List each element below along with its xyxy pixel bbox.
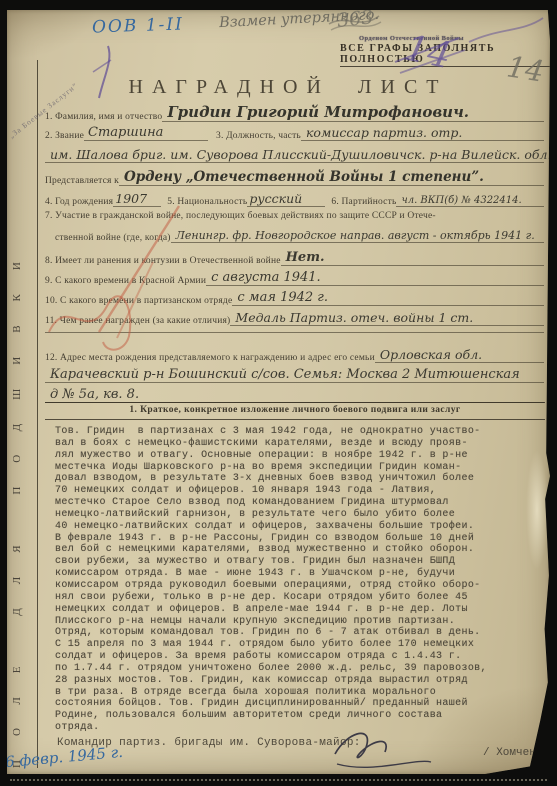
- field-name: 1. Фамилия, имя и отчество Гридин Григор…: [45, 103, 544, 122]
- field-presented: Представляется к Ордену „Отечественной В…: [45, 169, 544, 186]
- paper-stain: [7, 10, 97, 60]
- field-address-label: 12. Адрес места рождения представляемого…: [45, 353, 375, 363]
- field-prior-awards: 11. Чем ранее награжден (за какие отличи…: [45, 310, 544, 326]
- field-birth-nationality-party: 4. Год рождения 1907 5. Национальность р…: [45, 191, 544, 207]
- field-address-value3: д № 5а, кв. 8.: [45, 387, 242, 403]
- field-duty-value2: им. Шалова бриг. им. Суворова Плисский-Д…: [45, 147, 544, 163]
- field-wounds-label: 8. Имеет ли ранения и контузии в Отечест…: [45, 256, 281, 266]
- field-nationality-value: русский: [247, 191, 325, 207]
- empty-rule-row: [45, 332, 544, 333]
- blue-code-annotation: ООВ 1-II: [92, 14, 184, 37]
- field-red-army-label: 9. С какого времени в Красной Армии: [45, 276, 206, 286]
- field-presented-value: Ордену „Отечественной Войны 1 степени”.: [119, 169, 544, 186]
- field-partisan-since: 10. С какого времени в партизанском отря…: [45, 290, 544, 306]
- field-war-value: Ленингр. фр. Новгородское направ. август…: [171, 229, 544, 243]
- field-party-value: чл. ВКП(б) № 4322414.: [396, 195, 544, 207]
- field-birthyear-value: 1907: [113, 191, 161, 207]
- field-red-army-since: 9. С какого времени в Красной Армии с ав…: [45, 270, 544, 286]
- field-rank-value: Старшина: [84, 125, 208, 141]
- field-address-value2: Карачевский р-н Бошинский с/сов. Семья: …: [45, 367, 544, 383]
- field-war-participation: 7. Участие в гражданской войне, последую…: [45, 211, 544, 221]
- countersign-name: / Хомчен: [483, 747, 536, 759]
- field-address2: Карачевский р-н Бошинский с/сов. Семья: …: [45, 367, 544, 383]
- field-name-value: Гридин Григорий Митрофанович.: [162, 103, 544, 122]
- scan-perforation-line: [10, 779, 547, 781]
- field-rank-duty: 2. Звание Старшина 3. Должность, часть к…: [45, 125, 544, 141]
- field-presented-label: Представляется к: [45, 176, 119, 186]
- field-address-value1: Орловская обл.: [375, 347, 544, 363]
- filing-margin-label: ПОЛЕ ДЛЯ ПОДШИВКИ: [11, 96, 23, 768]
- field-duty-continued: им. Шалова бриг. им. Суворова Плисский-Д…: [45, 147, 544, 163]
- field-prior-awards-value: Медаль Партиз. отеч. войны 1 ст.: [230, 310, 544, 326]
- field-prior-awards-label: 11. Чем ранее награжден (за какие отличи…: [45, 316, 230, 326]
- field-red-army-value: с августа 1941.: [206, 270, 544, 286]
- field-wounds-value: Нет.: [281, 250, 544, 266]
- field-partisan-label: 10. С какого времени в партизанском отря…: [45, 296, 232, 306]
- field-rank-label: 2. Звание: [45, 131, 84, 141]
- purple-corner-scribble: [469, 18, 543, 42]
- field-address: 12. Адрес места рождения представляемого…: [45, 347, 544, 363]
- field-party-label: 6. Партийность: [325, 197, 396, 207]
- signature-flourish: [337, 761, 431, 767]
- field-duty-label: 3. Должность, часть: [208, 131, 301, 141]
- combat-merit-description: Тов. Гридин в партизанах с 3 мая 1942 го…: [55, 426, 547, 734]
- section1-header: 1. Краткое, конкретное изложение личного…: [45, 405, 545, 415]
- scanned-award-sheet: ПОЛЕ ДЛЯ ПОДШИВКИ „За Боевые Заслуги” ОО…: [0, 0, 557, 786]
- section-divider-bottom: [45, 419, 545, 420]
- form-left-rule: [37, 60, 38, 768]
- field-wounds: 8. Имеет ли ранения и контузии в Отечест…: [45, 250, 544, 266]
- section-divider-top: [45, 402, 545, 403]
- crossed-out-number: 363: [336, 6, 374, 32]
- paper-sheet: ПОЛЕ ДЛЯ ПОДШИВКИ „За Боевые Заслуги” ОО…: [7, 10, 550, 774]
- field-nationality-label: 5. Национальность: [161, 197, 247, 207]
- purple-tick-mark: [93, 60, 111, 72]
- empty-rule: [45, 332, 544, 333]
- document-title: НАГРАДНОЙ ЛИСТ: [103, 76, 473, 99]
- field-war-label-line1: 7. Участие в гражданской войне, последую…: [45, 211, 436, 221]
- pencil-page-number: 14: [505, 49, 547, 88]
- purple-number: 14: [401, 28, 454, 78]
- field-war-participation2: ственной войне (где, когда) Ленингр. фр.…: [55, 229, 544, 243]
- field-name-label: 1. Фамилия, имя и отчество: [45, 112, 162, 122]
- field-duty-value: комиссар партиз. отр.: [301, 125, 544, 141]
- field-partisan-value: с мая 1942 г.: [232, 290, 544, 306]
- field-war-label-line2: ственной войне (где, когда): [55, 233, 171, 243]
- field-address3: д № 5а, кв. 8.: [45, 387, 544, 403]
- field-birthyear-label: 4. Год рождения: [45, 197, 113, 207]
